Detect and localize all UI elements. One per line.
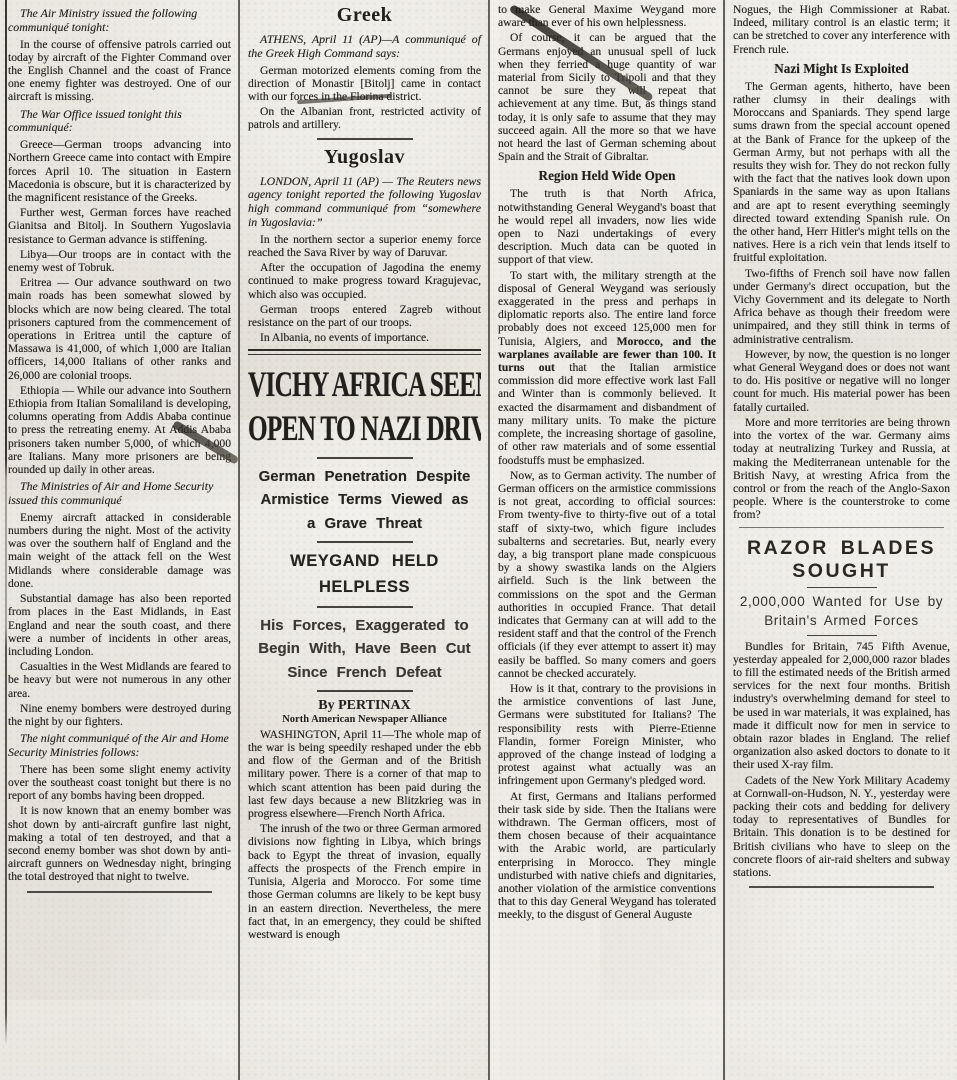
divider (317, 541, 413, 543)
article-headline-razor-blades: RAZOR BLADES SOUGHT (733, 537, 950, 583)
paragraph: Of course, it can be argued that the Ger… (498, 31, 716, 163)
paragraph: The inrush of the two or three German ar… (248, 822, 481, 941)
news-column-continuation-2: Nogues, the High Commissioner at Rabat. … (723, 0, 957, 1080)
subhead-razor: 2,000,000 Wanted for Use by Britain's Ar… (733, 592, 950, 631)
deck-head: German Penetration Despite Armistice Ter… (252, 465, 477, 535)
article-end-rule (749, 886, 934, 888)
paragraph: WASHINGTON, April 11—The whole map of th… (248, 728, 481, 820)
paragraph: Substantial damage has also been reporte… (8, 592, 231, 658)
article-end-rule (27, 891, 212, 893)
paragraph: Nogues, the High Commissioner at Rabat. … (733, 3, 950, 56)
paragraph: Bundles for Britain, 745 Fifth Avenue, y… (733, 640, 950, 772)
paragraph: The truth is that North Africa, notwiths… (498, 187, 716, 266)
communique-intro: The night communiqué of the Air and Home… (8, 732, 231, 760)
paragraph: Nine enemy bombers were destroyed during… (8, 702, 231, 728)
paragraph: However, by now, the question is no long… (733, 348, 950, 414)
divider (807, 635, 877, 636)
divider (317, 138, 413, 140)
news-column-communiques: The Air Ministry issued the following co… (0, 0, 238, 1080)
paragraph: Greece—German troops advancing into Nort… (8, 138, 231, 204)
paragraph: Now, as to German activity. The number o… (498, 469, 716, 680)
divider (739, 527, 944, 528)
paragraph: At first, Germans and Italians performed… (498, 790, 716, 922)
paragraph: Two-fifths of French soil have now falle… (733, 267, 950, 346)
communique-intro: The Ministries of Air and Home Security … (8, 480, 231, 508)
paragraph: The German agents, hitherto, have been r… (733, 80, 950, 265)
deck-head: His Forces, Exaggerated to Begin With, H… (252, 614, 477, 684)
crosshead-nazi-might: Nazi Might Is Exploited (733, 61, 950, 77)
paragraph: More and more territories are being thro… (733, 416, 950, 522)
paragraph: On the Albanian front, restricted activi… (248, 105, 481, 131)
article-headline-vichy: VICHY AFRICA SEEN OPEN TO NAZI DRIVE (248, 363, 481, 451)
paragraph: There has been some slight enemy activit… (8, 763, 231, 803)
paragraph: How is it that, contrary to the provisio… (498, 682, 716, 788)
paragraph: In Albania, no events of importance. (248, 331, 481, 344)
paragraph: Enemy aircraft attacked in considerable … (8, 511, 231, 590)
paragraph: Cadets of the New York Military Academy … (733, 774, 950, 880)
divider (248, 349, 481, 355)
paragraph: Ethiopia — While our advance into Southe… (8, 384, 231, 476)
paragraph: It is now known that an enemy bomber was… (8, 804, 231, 883)
dateline-athens: ATHENS, April 11 (AP)—A communiqué of th… (248, 33, 481, 61)
dateline-london: LONDON, April 11 (AP) — The Reuters news… (248, 175, 481, 230)
crosshead-region-held: Region Held Wide Open (498, 168, 716, 184)
byline: By PERTINAX (248, 698, 481, 714)
paragraph: Further west, German forces have reached… (8, 206, 231, 246)
newspaper-page: The Air Ministry issued the following co… (0, 0, 957, 1080)
communique-intro: The War Office issued tonight this commu… (8, 108, 231, 136)
section-head-yugoslav: Yugoslav (248, 146, 481, 169)
divider (807, 587, 877, 588)
headline-line: OPEN TO NAZI DRIVE (248, 407, 481, 451)
divider (317, 606, 413, 608)
news-column-vichy-story: Greek ATHENS, April 11 (AP)—A communiqué… (238, 0, 488, 1080)
deck-head-weygand: WEYGAND HELD HELPLESS (252, 549, 477, 600)
divider (317, 457, 413, 459)
paragraph: After the occupation of Jagodina the ene… (248, 261, 481, 301)
paragraph: to make General Maxime Weygand more awar… (498, 3, 716, 29)
paragraph: Casualties in the West Midlands are fear… (8, 660, 231, 700)
divider (317, 690, 413, 692)
paragraph: To start with, the military strength at … (498, 269, 716, 467)
section-head-greek: Greek (248, 4, 481, 27)
headline-line: VICHY AFRICA SEEN (248, 363, 481, 407)
news-column-continuation-1: to make General Maxime Weygand more awar… (488, 0, 723, 1080)
paragraph: Libya—Our troops are in contact with the… (8, 248, 231, 274)
paragraph: Eritrea — Our advance southward on two m… (8, 276, 231, 382)
paragraph: In the course of offensive patrols carri… (8, 38, 231, 104)
paragraph-text: that the Italian armistice commission di… (498, 361, 716, 466)
paragraph: German motorized elements coming from th… (248, 64, 481, 104)
paragraph: German troops entered Zagreb without res… (248, 303, 481, 329)
paragraph: In the northern sector a superior enemy … (248, 233, 481, 259)
communique-intro: The Air Ministry issued the following co… (8, 7, 231, 35)
news-agency-credit: North American Newspaper Alliance (248, 714, 481, 725)
